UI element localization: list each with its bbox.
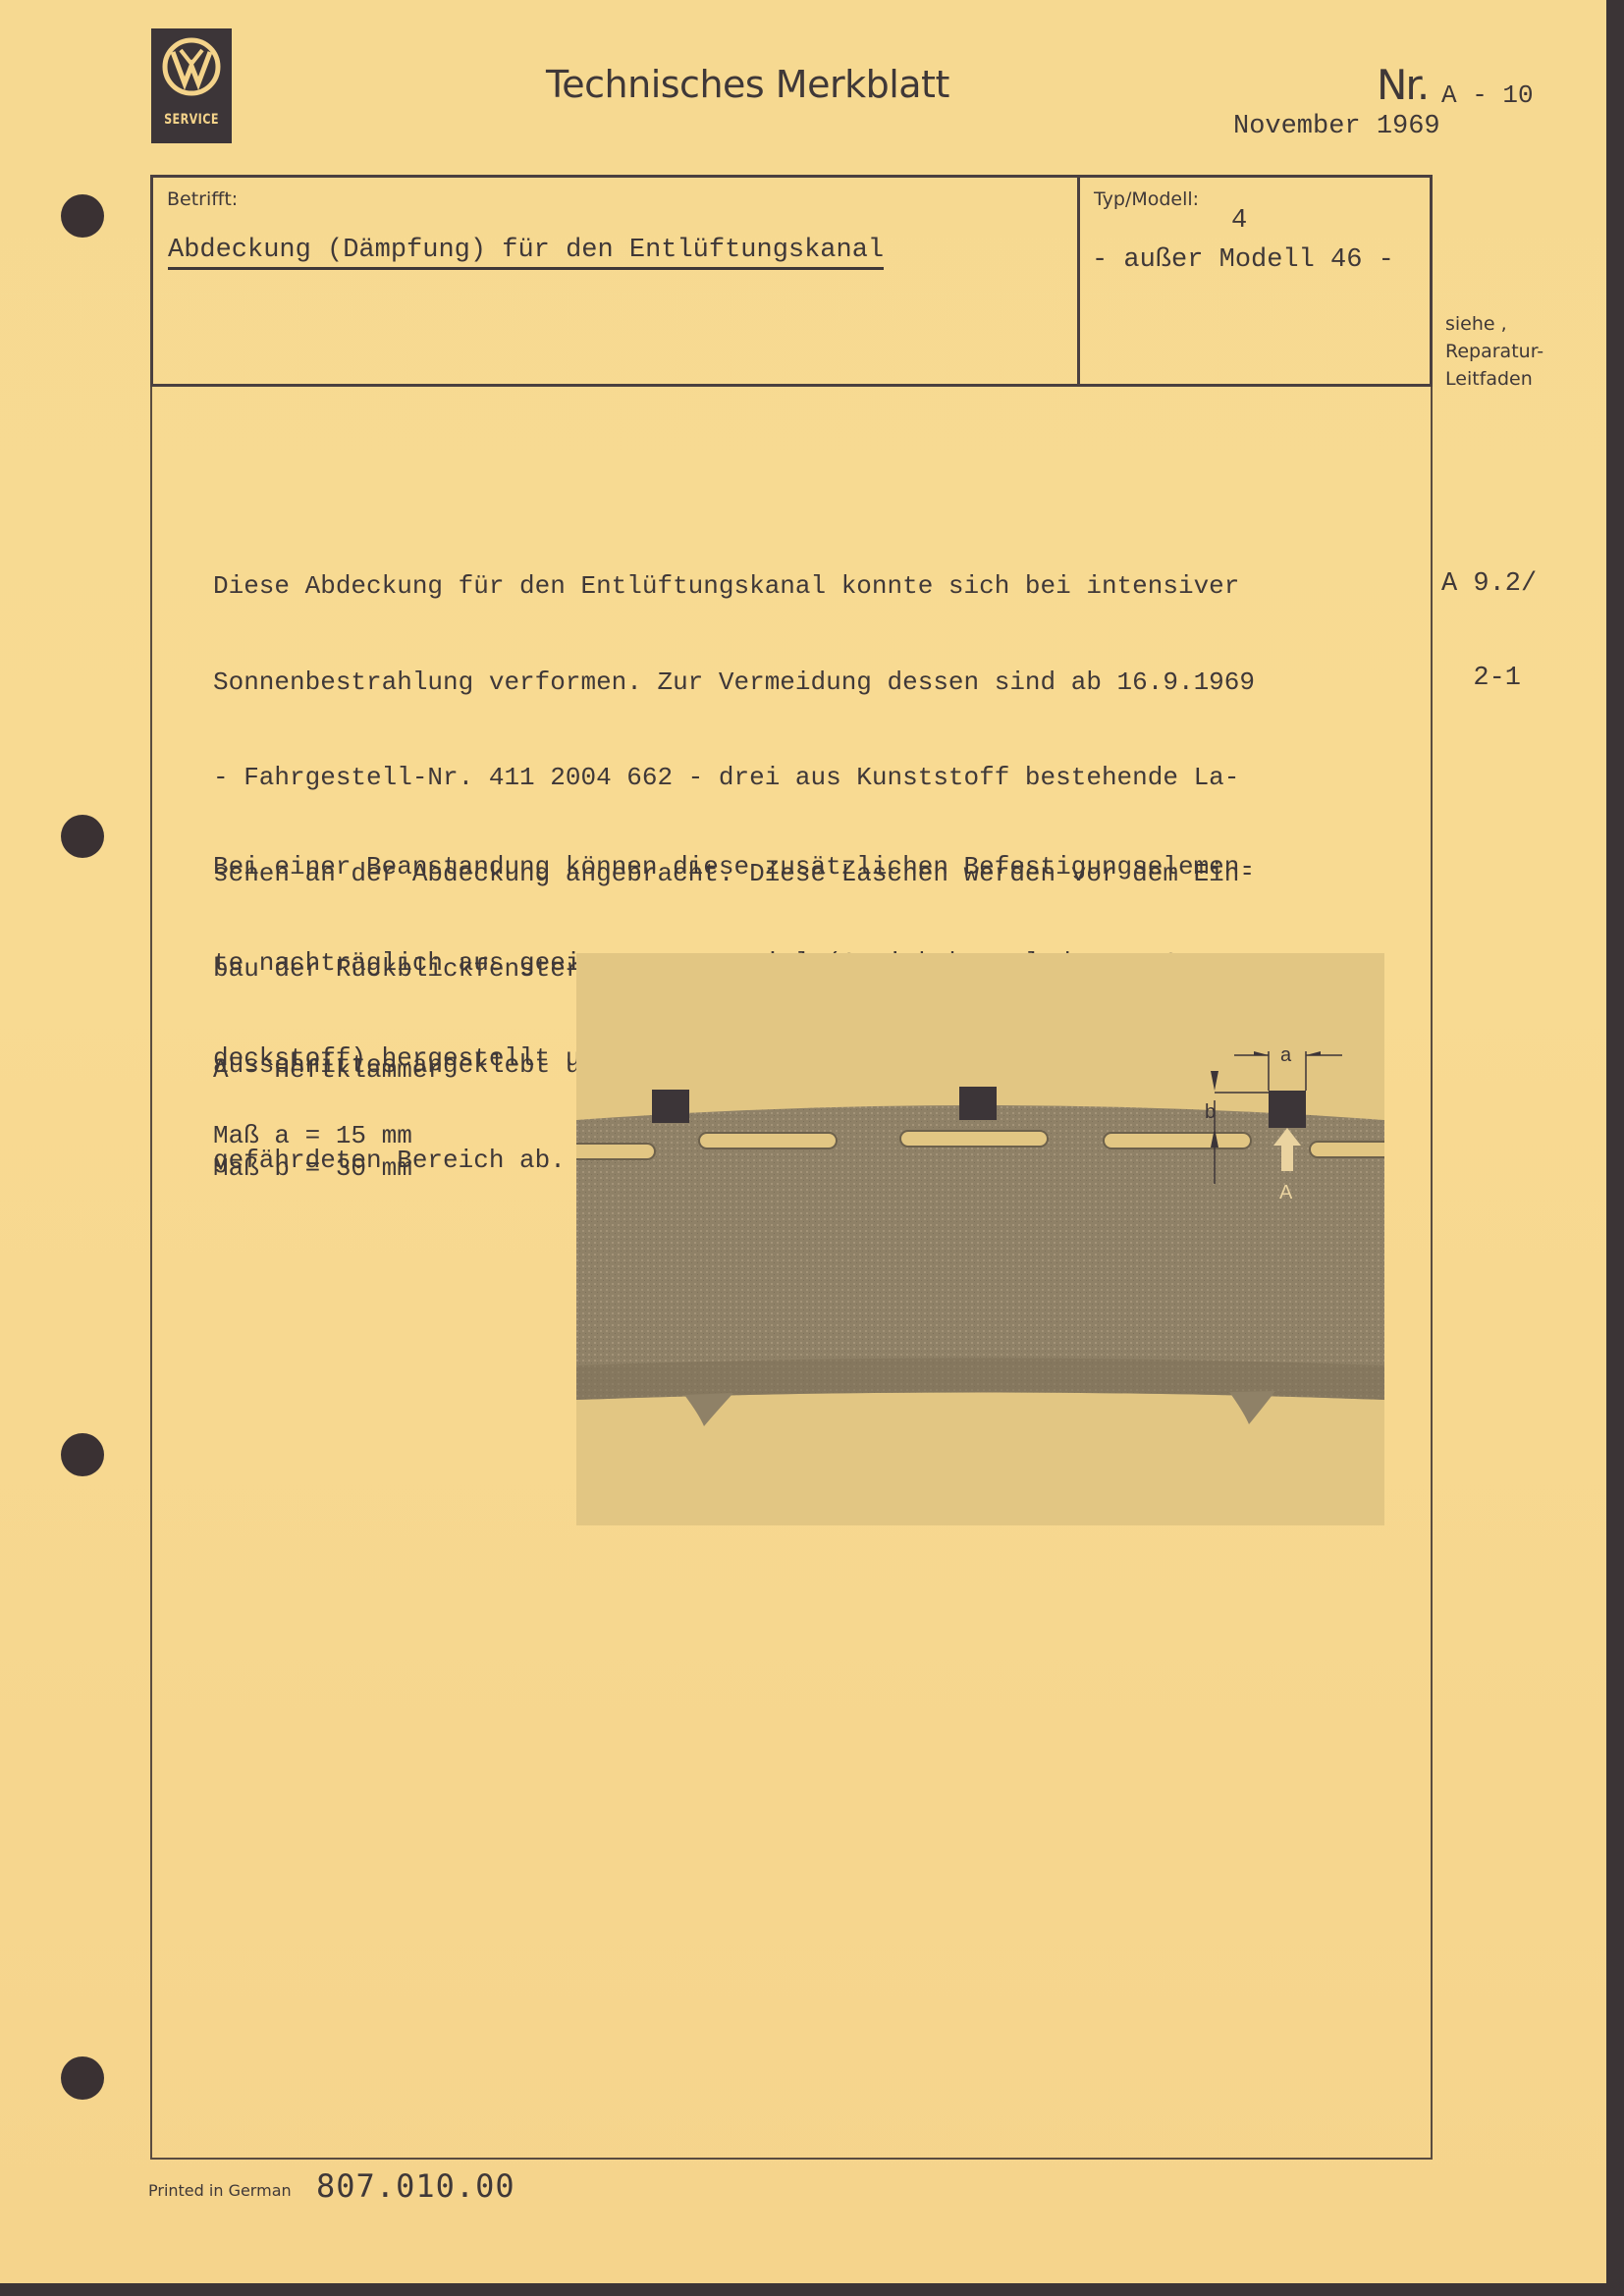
ref-line: A 9.2/ [1441, 568, 1537, 600]
vw-logo-icon [161, 36, 222, 97]
reference-note: siehe , Reparatur- Leitfaden [1445, 310, 1543, 393]
model-label: Typ/Modell: [1094, 188, 1199, 210]
callout-b: b [1205, 1101, 1216, 1123]
text-line: Sonnenbestrahlung verformen. Zur Vermeid… [213, 667, 1255, 699]
callout-A: A [1279, 1182, 1293, 1203]
figure-legend-item: A - Heftklammer [213, 1055, 443, 1085]
printed-note: Printed in German [148, 2181, 292, 2200]
punch-hole [61, 194, 104, 238]
reference-note-line: siehe , [1445, 310, 1543, 338]
document-date: November 1969 [1233, 112, 1440, 141]
text-line: Bei einer Beanstandung können diese zusä… [213, 851, 1255, 883]
dimension-a: Maß a = 15 mm [213, 1121, 412, 1150]
figure-photo: a b A [576, 953, 1384, 1525]
reference-note-line: Leitfaden [1445, 365, 1543, 393]
text-line: Diese Abdeckung für den Entlüftungskanal… [213, 570, 1255, 603]
vw-service-logo: SERVICE [151, 28, 232, 143]
subject-text: Abdeckung (Dämpfung) für den Entlüftungs… [168, 236, 884, 270]
ref-line: 2-1 [1441, 663, 1537, 694]
logo-service-label: SERVICE [159, 112, 224, 128]
punch-hole [61, 1433, 104, 1476]
document-title: Technisches Merkblatt [546, 63, 949, 106]
model-exception: - außer Modell 46 - [1092, 245, 1394, 275]
reference-note-line: Reparatur- [1445, 338, 1543, 365]
repair-manual-reference: A 9.2/ 2-1 [1441, 506, 1537, 757]
subject-label: Betrifft: [167, 188, 238, 210]
number-label: Nr. [1377, 61, 1428, 109]
model-value: 4 [1231, 206, 1247, 236]
document-number: A - 10 [1441, 80, 1534, 110]
punch-hole [61, 2056, 104, 2100]
form-number: 807.010.00 [316, 2167, 515, 2205]
punch-hole [61, 815, 104, 858]
document-page: SERVICE Technisches Merkblatt Nr. A - 10… [0, 0, 1606, 2283]
dimension-b: Maß b = 30 mm [213, 1153, 412, 1183]
ventilation-cover-illustration: a b A [576, 953, 1384, 1525]
callout-a: a [1280, 1044, 1292, 1066]
header-divider [1077, 175, 1080, 387]
